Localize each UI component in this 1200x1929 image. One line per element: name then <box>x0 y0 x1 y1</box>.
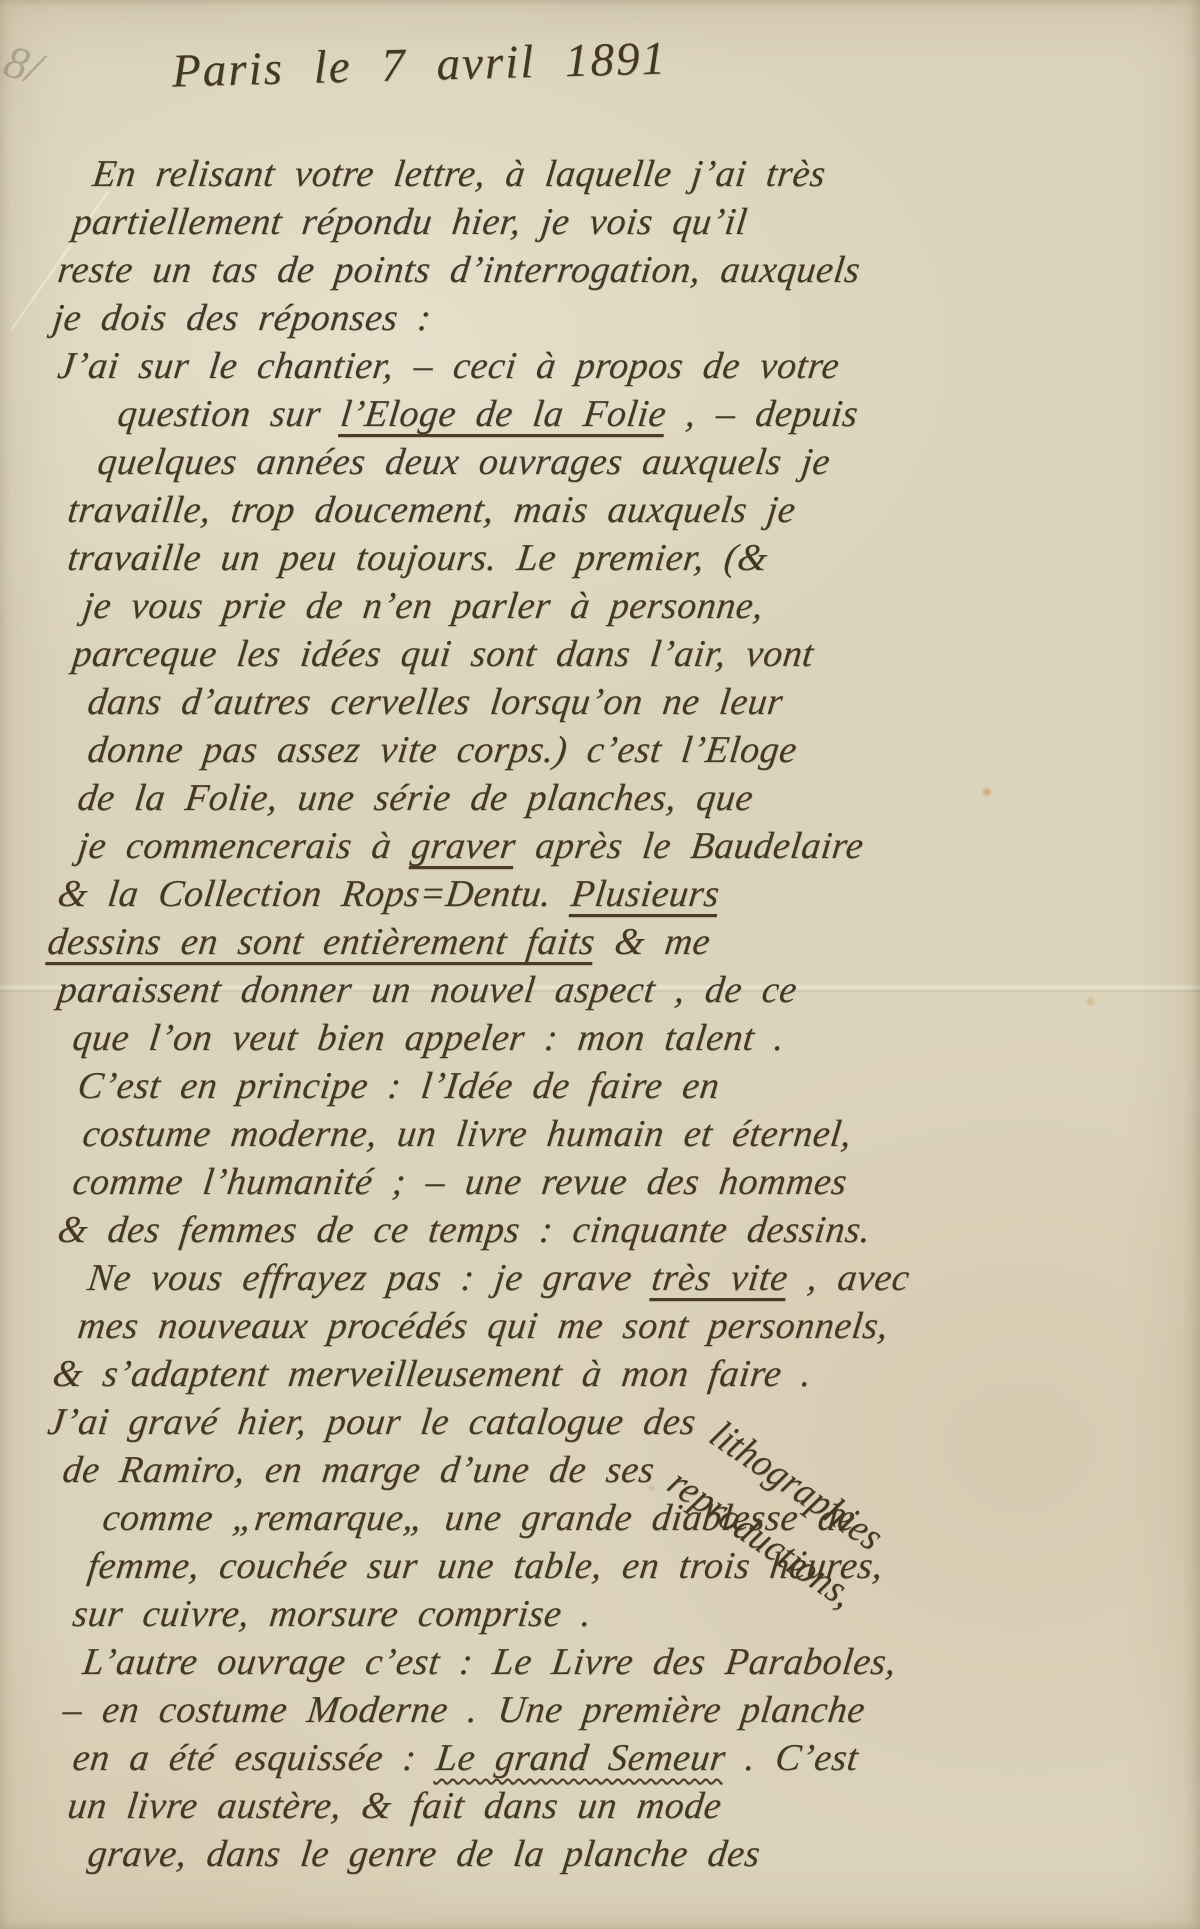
text-segment: J’ai gravé hier, pour le catalogue des <box>45 1401 718 1443</box>
text-segment: je commencerais à <box>75 825 414 867</box>
text-segment: & la Collection Rops=Dentu. <box>55 873 574 915</box>
letter-line: costume moderne, un livre humain et éter… <box>80 1110 1196 1158</box>
letter-line: J’ai gravé hier, pour le catalogue des l… <box>45 1398 1196 1446</box>
text-segment: de la Folie, une série de planches, que <box>75 777 755 819</box>
letter-line: – en costume Moderne . Une première plan… <box>60 1686 1196 1734</box>
text-segment: parceque les idées qui sont dans l’air, … <box>70 633 816 675</box>
letter-line: dessins en sont entièrement faits & me <box>45 918 1196 966</box>
text-segment: Ne vous effrayez pas : je grave <box>85 1257 654 1299</box>
date-line: Paris le 7 avril 1891 <box>171 32 667 99</box>
letter-line: quelques années deux ouvrages auxquels j… <box>95 438 1196 486</box>
letter-line: mes nouveaux procédés qui me sont person… <box>75 1302 1196 1350</box>
text-segment: reste un tas de points d’interrogation, … <box>55 249 862 291</box>
text-segment: un livre austère, & fait dans un mode <box>65 1785 724 1827</box>
text-segment: après le Baudelaire <box>513 825 866 867</box>
letter-line: donne pas assez vite corps.) c’est l’Elo… <box>85 726 1196 774</box>
letter-line: En relisant votre lettre, à laquelle j’a… <box>90 150 1196 198</box>
letter-line: & des femmes de ce temps : cinquante des… <box>55 1206 1196 1254</box>
text-segment: travaille, trop doucement, mais auxquels… <box>65 489 798 531</box>
text-segment: travaille un peu toujours. Le premier, (… <box>65 537 770 579</box>
text-segment: – en costume Moderne . Une première plan… <box>60 1689 867 1731</box>
letter-page: 8/ Paris le 7 avril 1891 En relisant vot… <box>0 0 1200 1929</box>
text-segment: question sur <box>115 393 343 435</box>
letter-body: En relisant votre lettre, à laquelle j’a… <box>30 150 1190 1878</box>
letter-line: femme, couchée sur une table, en trois h… <box>85 1542 1196 1590</box>
letter-line: travaille, trop doucement, mais auxquels… <box>65 486 1196 534</box>
text-segment: je vous prie de n’en parler à personne, <box>80 585 766 627</box>
letter-line: comme l’humanité ; – une revue des homme… <box>70 1158 1196 1206</box>
text-segment: comme l’humanité ; – une revue des homme… <box>70 1161 849 1203</box>
text-segment: mes nouveaux procédés qui me sont person… <box>75 1305 890 1347</box>
letter-line: J’ai sur le chantier, – ceci à propos de… <box>55 342 1196 390</box>
text-segment: , avec <box>785 1257 912 1299</box>
letter-line: sur cuivre, morsure comprise . <box>70 1590 1196 1638</box>
underlined-phrase: Le grand Semeur <box>434 1737 728 1779</box>
letter-line: paraissent donner un nouvel aspect , de … <box>55 966 1196 1014</box>
text-segment: dans d’autres cervelles lorsqu’on ne leu… <box>85 681 785 723</box>
text-segment: je dois des réponses : <box>50 297 433 339</box>
text-segment: , – depuis <box>664 393 861 435</box>
letter-line: dans d’autres cervelles lorsqu’on ne leu… <box>85 678 1196 726</box>
letter-line: partiellement répondu hier, je vois qu’i… <box>70 198 1196 246</box>
letter-line: reste un tas de points d’interrogation, … <box>55 246 1196 294</box>
letter-line: je commencerais à graver après le Baudel… <box>75 822 1196 870</box>
letter-line: en a été esquissée : Le grand Semeur . C… <box>70 1734 1196 1782</box>
letter-line: parceque les idées qui sont dans l’air, … <box>70 630 1196 678</box>
letter-line: je dois des réponses : <box>50 294 1196 342</box>
text-segment: J’ai sur le chantier, – ceci à propos de… <box>55 345 842 387</box>
underlined-phrase: l’Eloge de la Folie <box>338 393 669 435</box>
text-segment: partiellement répondu hier, je vois qu’i… <box>70 201 749 243</box>
underlined-phrase: dessins en sont entièrement faits <box>45 921 597 963</box>
underlined-phrase: graver <box>409 825 518 867</box>
letter-line: & la Collection Rops=Dentu. Plusieurs <box>55 870 1196 918</box>
letter-line: grave, dans le genre de la planche des <box>85 1830 1196 1878</box>
text-segment: comme „remarque„ une grande diablesse de <box>100 1497 857 1539</box>
text-segment: & me <box>592 921 713 963</box>
text-segment: L’autre ouvrage c’est : Le Livre des Par… <box>80 1641 898 1683</box>
letter-line: un livre austère, & fait dans un mode <box>65 1782 1196 1830</box>
text-segment: que l’on veut bien appeler : mon talent … <box>70 1017 787 1059</box>
letter-line: je vous prie de n’en parler à personne, <box>80 582 1196 630</box>
text-segment: & des femmes de ce temps : cinquante des… <box>55 1209 873 1251</box>
letter-line: que l’on veut bien appeler : mon talent … <box>70 1014 1196 1062</box>
letter-line: Ne vous effrayez pas : je grave très vit… <box>85 1254 1196 1302</box>
text-segment: paraissent donner un nouvel aspect , de … <box>55 969 799 1011</box>
text-segment: de Ramiro, en marge d’une de ses <box>60 1449 677 1491</box>
pencil-page-number: 8/ <box>0 34 47 95</box>
text-segment: femme, couchée sur une table, en trois h… <box>85 1545 885 1587</box>
underlined-phrase: Plusieurs <box>569 873 722 915</box>
underlined-phrase: très vite <box>649 1257 790 1299</box>
letter-line: de la Folie, une série de planches, que <box>75 774 1196 822</box>
text-segment: quelques années deux ouvrages auxquels j… <box>95 441 832 483</box>
text-segment: costume moderne, un livre humain et éter… <box>80 1113 854 1155</box>
text-segment: sur cuivre, morsure comprise . <box>70 1593 594 1635</box>
letter-line: de Ramiro, en marge d’une de ses reprodu… <box>60 1446 1196 1494</box>
text-segment: & s’adaptent merveilleusement à mon fair… <box>50 1353 814 1395</box>
letter-line: L’autre ouvrage c’est : Le Livre des Par… <box>80 1638 1196 1686</box>
text-segment: C’est en principe : l’Idée de faire en <box>75 1065 722 1107</box>
letter-line: comme „remarque„ une grande diablesse de <box>100 1494 1196 1542</box>
text-segment: grave, dans le genre de la planche des <box>85 1833 762 1875</box>
letter-line: travaille un peu toujours. Le premier, (… <box>65 534 1196 582</box>
text-segment: en a été esquissée : <box>70 1737 439 1779</box>
letter-line: C’est en principe : l’Idée de faire en <box>75 1062 1196 1110</box>
text-segment: donne pas assez vite corps.) c’est l’Elo… <box>85 729 799 771</box>
text-segment: En relisant votre lettre, à laquelle j’a… <box>90 153 828 195</box>
letter-line: & s’adaptent merveilleusement à mon fair… <box>50 1350 1196 1398</box>
letter-line: question sur l’Eloge de la Folie , – dep… <box>115 390 1196 438</box>
text-segment: . C’est <box>723 1737 861 1779</box>
